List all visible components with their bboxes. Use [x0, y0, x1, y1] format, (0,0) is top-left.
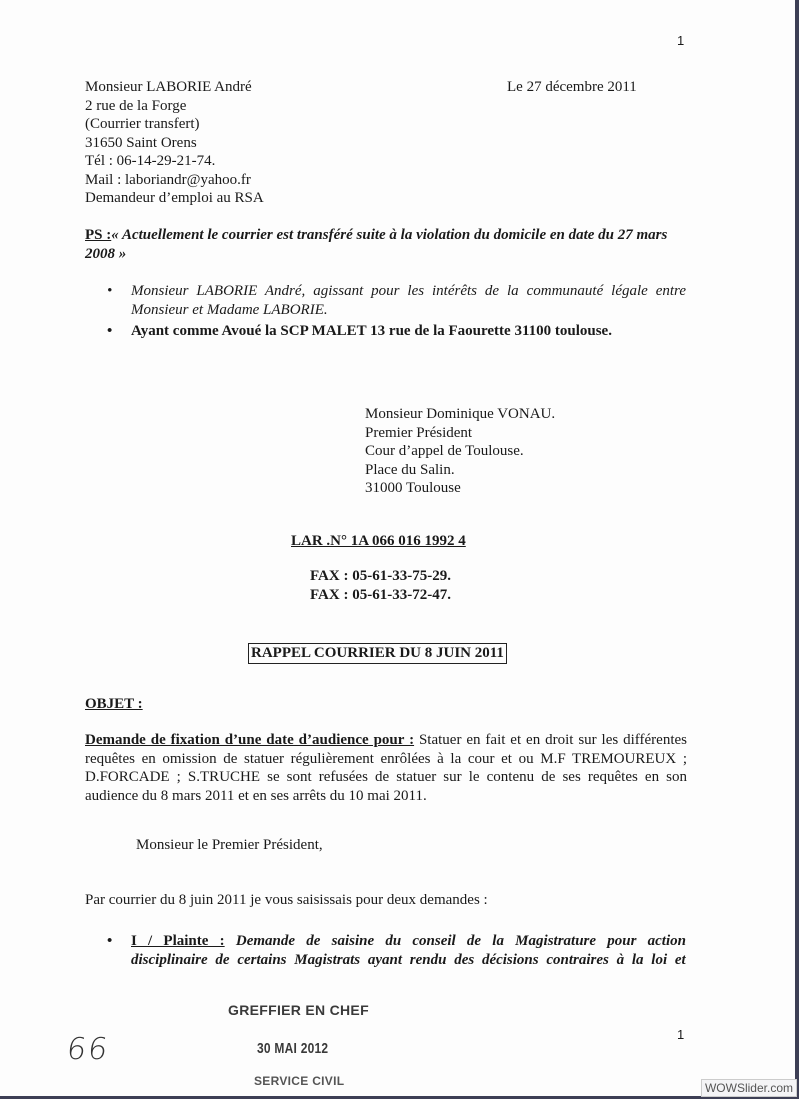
sender-line: Monsieur LABORIE André [85, 78, 264, 97]
letter-date: Le 27 décembre 2011 [507, 78, 637, 97]
sender-line: Tél : 06-14-29-21-74. [85, 152, 264, 171]
rappel-courrier: RAPPEL COURRIER DU 8 JUIN 2011 [248, 643, 507, 664]
recipient-line: Premier Président [365, 424, 555, 443]
stamp-service: SERVICE CIVIL [254, 1074, 344, 1088]
party-item: Ayant comme Avoué la SCP MALET 13 rue de… [131, 322, 686, 341]
sender-line: Mail : laboriandr@yahoo.fr [85, 171, 264, 190]
handwritten-number: 66 [65, 1032, 112, 1067]
page-number-top: 1 [677, 33, 684, 48]
party-item: Monsieur LABORIE André, agissant pour le… [131, 282, 686, 319]
sender-line: Demandeur d’emploi au RSA [85, 189, 264, 208]
sender-line: (Courrier transfert) [85, 115, 264, 134]
parties-list: Monsieur LABORIE André, agissant pour le… [131, 282, 686, 341]
demande-label: I / Plainte : [131, 933, 225, 949]
fax-numbers: FAX : 05-61-33-75-29. FAX : 05-61-33-72-… [310, 567, 451, 604]
recipient-line: Monsieur Dominique VONAU. [365, 405, 555, 424]
objet-label: OBJET : [85, 695, 143, 714]
sender-address: Monsieur LABORIE André 2 rue de la Forge… [85, 78, 264, 208]
document-page: 1 Monsieur LABORIE André 2 rue de la For… [0, 0, 799, 1099]
lar-number: LAR .N° 1A 066 016 1992 4 [291, 532, 466, 551]
demande-item: I / Plainte : Demande de saisine du cons… [131, 932, 686, 969]
salutation: Monsieur le Premier Président, [136, 836, 323, 855]
ps-label: PS : [85, 227, 111, 243]
postscript: PS :« Actuellement le courrier est trans… [85, 226, 685, 263]
intro-paragraph: Par courrier du 8 juin 2011 je vous sais… [85, 891, 488, 910]
ps-text: « Actuellement le courrier est transféré… [85, 227, 667, 262]
watermark-badge: WOWSlider.com [701, 1079, 797, 1097]
fax-line: FAX : 05-61-33-75-29. [310, 567, 451, 586]
recipient-line: 31000 Toulouse [365, 479, 555, 498]
recipient-line: Cour d’appel de Toulouse. [365, 442, 555, 461]
rappel-box: RAPPEL COURRIER DU 8 JUIN 2011 [248, 643, 507, 664]
stamp-greffier: GREFFIER EN CHEF [228, 1002, 369, 1018]
stamp-date: 30 MAI 2012 [257, 1040, 328, 1057]
fax-line: FAX : 05-61-33-72-47. [310, 586, 451, 605]
page-number-bottom: 1 [677, 1027, 684, 1042]
sender-line: 31650 Saint Orens [85, 134, 264, 153]
recipient-line: Place du Salin. [365, 461, 555, 480]
sender-line: 2 rue de la Forge [85, 97, 264, 116]
demandes-list: I / Plainte : Demande de saisine du cons… [131, 932, 686, 969]
recipient-address: Monsieur Dominique VONAU. Premier Présid… [365, 405, 555, 498]
objet-body: Demande de fixation d’une date d’audienc… [85, 731, 687, 805]
objet-heading: Demande de fixation d’une date d’audienc… [85, 732, 414, 748]
